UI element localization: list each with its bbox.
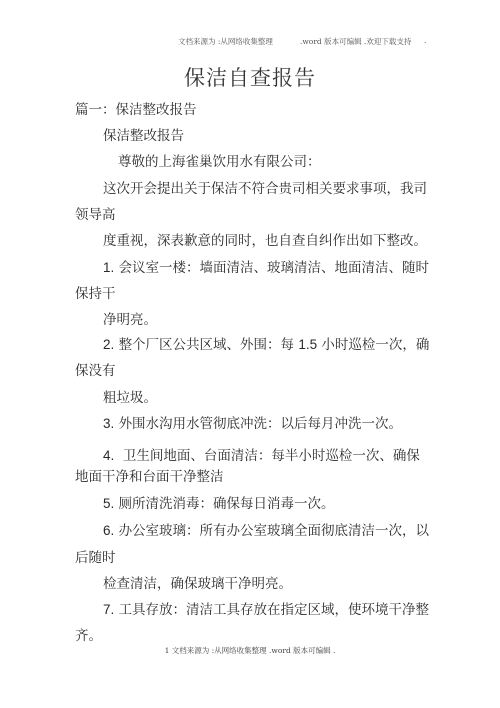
list-item-text: 后随时: [75, 550, 116, 566]
list-item-text: 整个厂区公共区域、外围：每: [119, 337, 299, 353]
list-item-text: 工具存放：清洁工具存放在指定区域，使环境干净整: [119, 602, 430, 618]
list-number: 7.: [103, 602, 114, 617]
paragraph-line: 领导高: [75, 206, 116, 224]
list-item-4: 4. 卫生间地面、台面清洁：每半小时巡检一次、确保: [103, 447, 420, 465]
list-item-2: 2. 整个厂区公共区域、外围：每 1.5 小时巡检一次，确: [103, 336, 429, 354]
list-number: 3.: [103, 416, 114, 431]
list-number: 4.: [103, 448, 114, 463]
document-title: 保洁自查报告: [0, 62, 500, 92]
list-item-text: 外围水沟用水管彻底冲洗：以后每月冲洗一次。: [119, 416, 403, 432]
list-item-6-continuation: 后随时: [75, 549, 116, 567]
list-item-text: 厕所清洗消毒：确保每日消毒一次。: [119, 496, 335, 512]
section-heading-text: 篇一：保洁整改报告: [75, 102, 197, 118]
list-item-7: 7. 工具存放：清洁工具存放在指定区域，使环境干净整: [103, 601, 429, 619]
list-item-text: 办公室玻璃：所有办公室玻璃全面彻底清洁一次，以: [119, 523, 430, 539]
list-item-text: 齐。: [75, 628, 102, 644]
list-number: 1.: [103, 260, 114, 275]
list-item-text: 会议室一楼：墙面清洁、玻璃清洁、地面清洁、随时: [119, 260, 430, 276]
list-item-4-continuation: 地面干净和台面干净整洁: [75, 468, 224, 486]
list-item-text: 净明亮。: [103, 312, 157, 328]
list-item-1-continuation: 净明亮。: [103, 311, 157, 329]
list-item-text: 卫生间地面、台面清洁：每半小时巡检一次、确保: [123, 448, 420, 464]
paragraph-line: 这次开会提出关于保洁不符合贵司相关要求事项，我司: [103, 180, 427, 198]
list-item-1: 1. 会议室一楼：墙面清洁、玻璃清洁、地面清洁、随时: [103, 259, 429, 277]
list-item-2-continuation: 粗垃圾。: [103, 389, 157, 407]
list-item-6-continuation: 检查清洁，确保玻璃干净明亮。: [103, 575, 292, 593]
paragraph-text: 度重视，深表歉意的同时，也自查自纠作出如下整改。: [103, 233, 427, 249]
list-item-2-continuation: 保没有: [75, 362, 116, 380]
list-item-text: 检查清洁，确保玻璃干净明亮。: [103, 576, 292, 592]
list-item-7-continuation: 齐。: [75, 627, 102, 645]
list-number: 2.: [103, 337, 114, 352]
list-item-text: 地面干净和台面干净整洁: [75, 469, 224, 485]
report-subtitle: 保洁整改报告: [103, 127, 184, 145]
page-number: 1: [165, 646, 170, 655]
list-item-text: 小时巡检一次，确: [317, 337, 429, 353]
inline-number: 1.5: [298, 337, 317, 352]
header-source-note: 文档来源为 :从网络收集整理: [178, 36, 273, 47]
list-number: 5.: [103, 496, 114, 511]
list-item-text: 保持干: [75, 286, 116, 302]
page-footer-note: 1 文档来源为 :从网络收集整理 .word 版本可编辑 .: [0, 645, 500, 656]
list-item-text: 粗垃圾。: [103, 390, 157, 406]
paragraph-line: 度重视，深表歉意的同时，也自查自纠作出如下整改。: [103, 232, 427, 250]
section-heading: 篇一：保洁整改报告: [75, 101, 197, 119]
list-item-1-continuation: 保持干: [75, 285, 116, 303]
list-item-text: 保没有: [75, 363, 116, 379]
header-trailing-dot: .: [424, 36, 426, 45]
header-edit-note: .word 版本可编辑 .欢迎下载支持: [300, 36, 411, 47]
list-number: 6.: [103, 523, 114, 538]
list-item-6: 6. 办公室玻璃：所有办公室玻璃全面彻底清洁一次，以: [103, 522, 429, 540]
list-item-3: 3. 外围水沟用水管彻底冲洗：以后每月冲洗一次。: [103, 415, 402, 433]
paragraph-text: 领导高: [75, 207, 116, 223]
salutation-text: 尊敬的上海雀巢饮用水有限公司：: [118, 154, 321, 170]
paragraph-text: 这次开会提出关于保洁不符合贵司相关要求事项，我司: [103, 181, 427, 197]
salutation: 尊敬的上海雀巢饮用水有限公司：: [118, 153, 321, 171]
footer-note-text: 文档来源为 :从网络收集整理 .word 版本可编辑 .: [172, 646, 336, 655]
report-subtitle-text: 保洁整改报告: [103, 128, 184, 144]
list-item-5: 5. 厕所清洗消毒：确保每日消毒一次。: [103, 495, 335, 513]
